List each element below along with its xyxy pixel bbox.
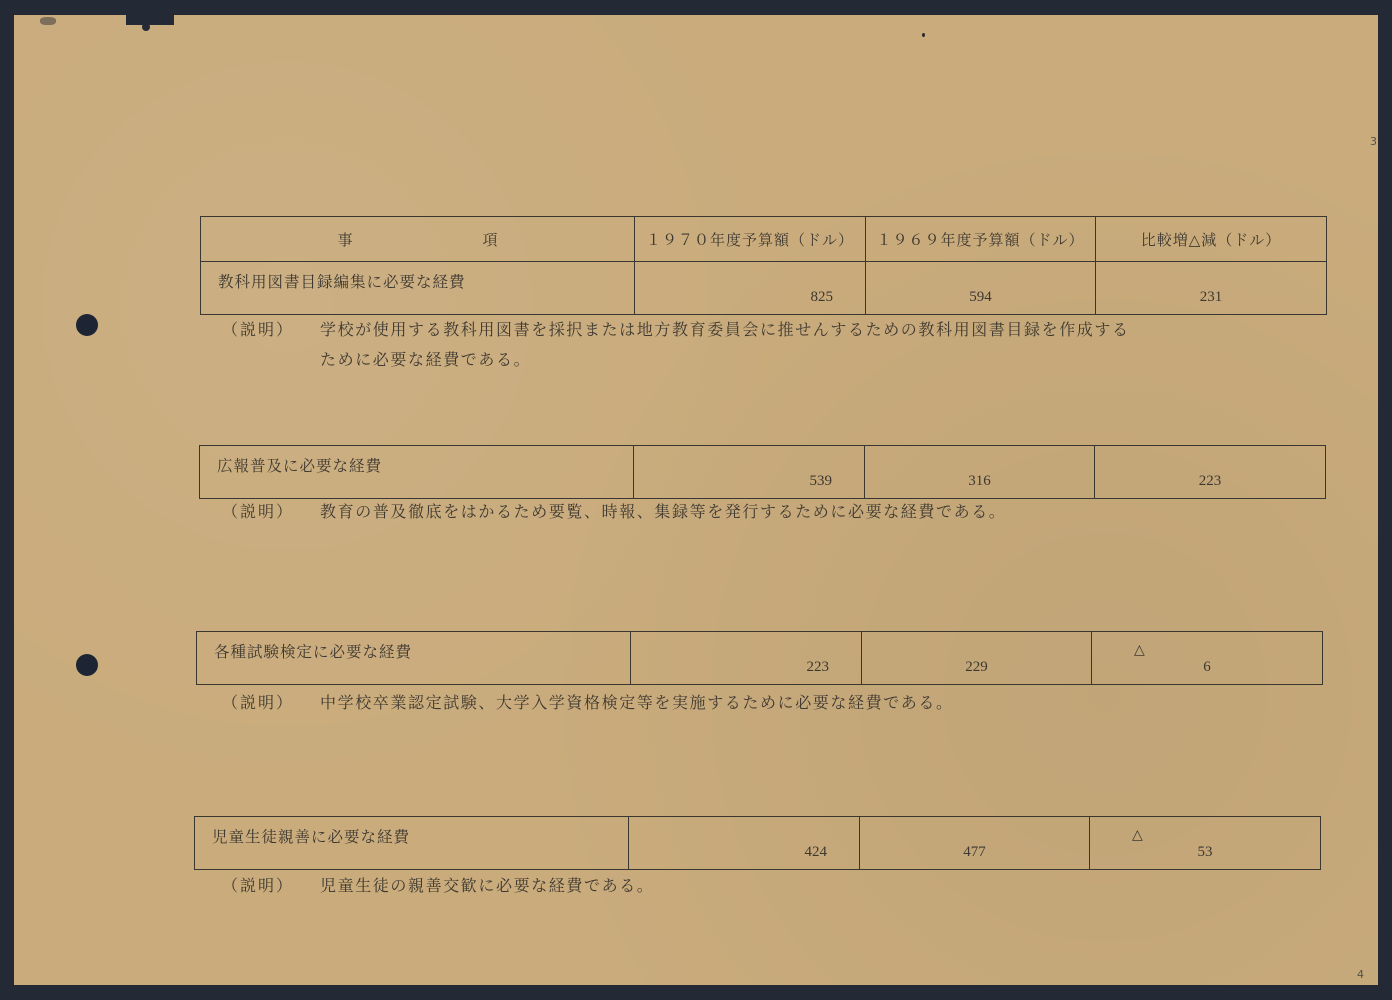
punch-hole-bottom (76, 654, 98, 676)
header-1969-budget: １９６９年度予算額（ドル） (866, 217, 1096, 262)
budget-1970: 825 (635, 262, 866, 315)
item-name: 各種試験検定に必要な経費 (197, 632, 631, 685)
header-item: 事 項 (201, 217, 635, 262)
explanation-text: 学校が使用する教科用図書を採択または地方教育委員会に推せんするための教科用図書目… (320, 320, 1130, 339)
explanation-label: （説明） (222, 871, 320, 901)
budget-table-1: 事 項 １９７０年度予算額（ドル） １９６９年度予算額（ドル） 比較増△減（ドル… (200, 216, 1327, 315)
table-row: 広報普及に必要な経費 539 316 223 (200, 446, 1326, 499)
explanation-text-cont: ために必要な経費である。 (222, 345, 1130, 375)
speck (922, 33, 925, 37)
budget-1969: 477 (860, 817, 1090, 870)
difference: 231 (1096, 262, 1327, 315)
budget-1970: 539 (634, 446, 865, 499)
difference: 53 (1198, 844, 1213, 860)
document-page: 3 4 事 項 １９７０年度予算額（ドル） １９６９年度予算額（ドル） 比較増△… (14, 15, 1378, 985)
decrease-triangle-icon: △ (1134, 642, 1145, 658)
budget-table-3: 各種試験検定に必要な経費 223 229 △ 6 (196, 631, 1323, 685)
table-row: 児童生徒親善に必要な経費 424 477 △ 53 (195, 817, 1321, 870)
item-name: 教科用図書目録編集に必要な経費 (201, 262, 635, 315)
explanation-label: （説明） (222, 315, 320, 345)
difference-cell: △ 6 (1092, 632, 1323, 685)
paper-tear-drop (142, 23, 150, 31)
budget-table-4: 児童生徒親善に必要な経費 424 477 △ 53 (194, 816, 1321, 870)
table-header-row: 事 項 １９７０年度予算額（ドル） １９６９年度予算額（ドル） 比較増△減（ドル… (201, 217, 1327, 262)
budget-1970: 424 (629, 817, 860, 870)
explanation-4: （説明）児童生徒の親善交歓に必要な経費である。 (222, 871, 654, 901)
table-row: 教科用図書目録編集に必要な経費 825 594 231 (201, 262, 1327, 315)
difference-cell: △ 53 (1090, 817, 1321, 870)
difference: 6 (1203, 659, 1211, 675)
explanation-1: （説明）学校が使用する教科用図書を採択または地方教育委員会に推せんするための教科… (222, 315, 1130, 375)
explanation-text: 児童生徒の親善交歓に必要な経費である。 (320, 876, 654, 895)
ink-smudge (40, 17, 56, 25)
difference: 223 (1095, 446, 1326, 499)
table-row: 各種試験検定に必要な経費 223 229 △ 6 (197, 632, 1323, 685)
header-1970-budget: １９７０年度予算額（ドル） (635, 217, 866, 262)
explanation-text: 教育の普及徹底をはかるため要覧、時報、集録等を発行するために必要な経費である。 (320, 502, 1006, 521)
item-name: 広報普及に必要な経費 (200, 446, 634, 499)
paper-tear (126, 15, 174, 25)
budget-table-2: 広報普及に必要な経費 539 316 223 (199, 445, 1326, 499)
budget-1969: 229 (862, 632, 1092, 685)
punch-hole-top (76, 314, 98, 336)
page-marker-4: 4 (1357, 968, 1364, 981)
header-difference: 比較増△減（ドル） (1096, 217, 1327, 262)
explanation-text: 中学校卒業認定試験、大学入学資格検定等を実施するために必要な経費である。 (320, 693, 954, 712)
budget-1969: 594 (866, 262, 1096, 315)
item-name: 児童生徒親善に必要な経費 (195, 817, 629, 870)
page-marker-3: 3 (1370, 135, 1377, 148)
explanation-3: （説明）中学校卒業認定試験、大学入学資格検定等を実施するために必要な経費である。 (222, 688, 954, 718)
explanation-label: （説明） (222, 497, 320, 527)
budget-1969: 316 (865, 446, 1095, 499)
decrease-triangle-icon: △ (1132, 827, 1143, 843)
explanation-2: （説明）教育の普及徹底をはかるため要覧、時報、集録等を発行するために必要な経費で… (222, 497, 1006, 527)
budget-1970: 223 (631, 632, 862, 685)
explanation-label: （説明） (222, 688, 320, 718)
